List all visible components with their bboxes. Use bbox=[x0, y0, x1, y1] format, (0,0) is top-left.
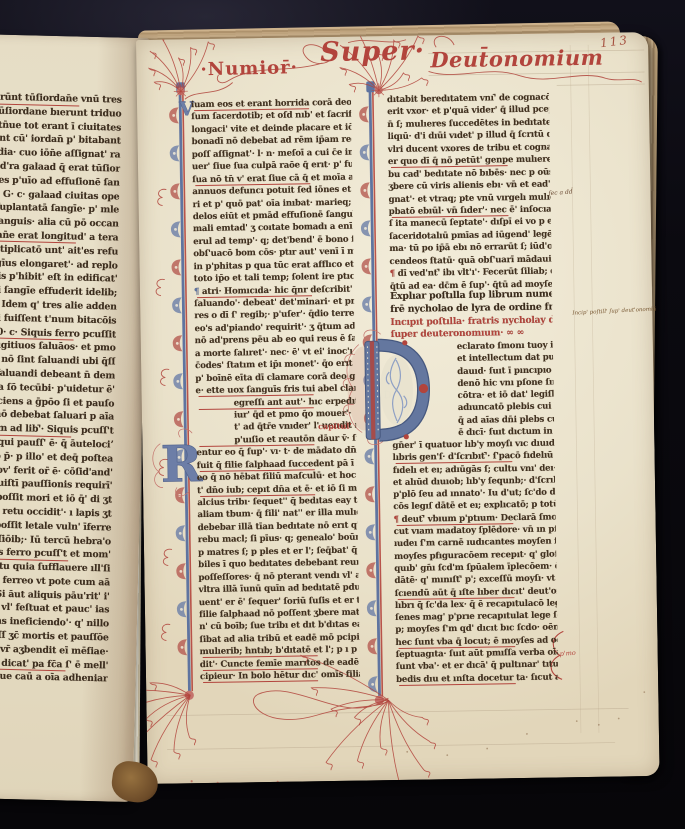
running-title-super: Super· bbox=[320, 35, 425, 68]
margin-note-2: Incip' poſtill' ſup' deut'onomiū bbox=[572, 306, 656, 316]
running-title-numeri: ·Numior̄· bbox=[200, 57, 298, 80]
explicit-colophon: Explıar poſtılla ſup librum numeroy edıt… bbox=[390, 288, 552, 316]
left-page: tes erūnt tūſiordan̄e vnū tresn' tūſiord… bbox=[0, 34, 151, 802]
margin-ruling bbox=[570, 45, 599, 733]
text-column-1: iuam eos et erant horrida corā deo· oſīn… bbox=[191, 97, 360, 684]
left-page-text-column: tes erūnt tūſiordan̄e vnū tresn' tūſiord… bbox=[0, 90, 122, 687]
initial-d-letter: D bbox=[384, 390, 392, 401]
folio-number: 113 bbox=[599, 33, 629, 50]
manuscript-photo: tes erūnt tūſiordan̄e vnū tresn' tūſiord… bbox=[0, 0, 685, 829]
text-line: bedis dıu et ınſta docetur ta· ſıcut a' … bbox=[396, 671, 558, 686]
incipit-rubric: Incıpıt poſtılla· fratris nycholay de ly… bbox=[390, 314, 552, 341]
text-column-2-beside-initial: eclarato ſmonı tuoy illumınatet intellec… bbox=[391, 339, 555, 440]
text-line: giue caū a oīa adheniar bbox=[0, 669, 108, 687]
running-title-deuteronomium: Deut̄onomium bbox=[430, 45, 603, 73]
red-edge-dots bbox=[191, 779, 279, 784]
pricking-dots bbox=[405, 691, 646, 757]
margin-note-1: fec a dd̄ bbox=[548, 189, 573, 198]
chapter-rubric: capitul' bbox=[318, 421, 352, 432]
text-column-2-lower: gn̄er' ī quatuor lıb'y moyſı vıc dıuıdıt… bbox=[392, 437, 558, 685]
margin-note-3: p'mo bbox=[559, 649, 576, 658]
right-page: D R V bbox=[136, 32, 660, 784]
text-column-2-upper: dıtabit beredıtatem vnı'̄ de cognacōe ne… bbox=[387, 92, 552, 294]
text-line: cipieur· In bolo hētur dıc' omīs filia q… bbox=[200, 669, 360, 684]
